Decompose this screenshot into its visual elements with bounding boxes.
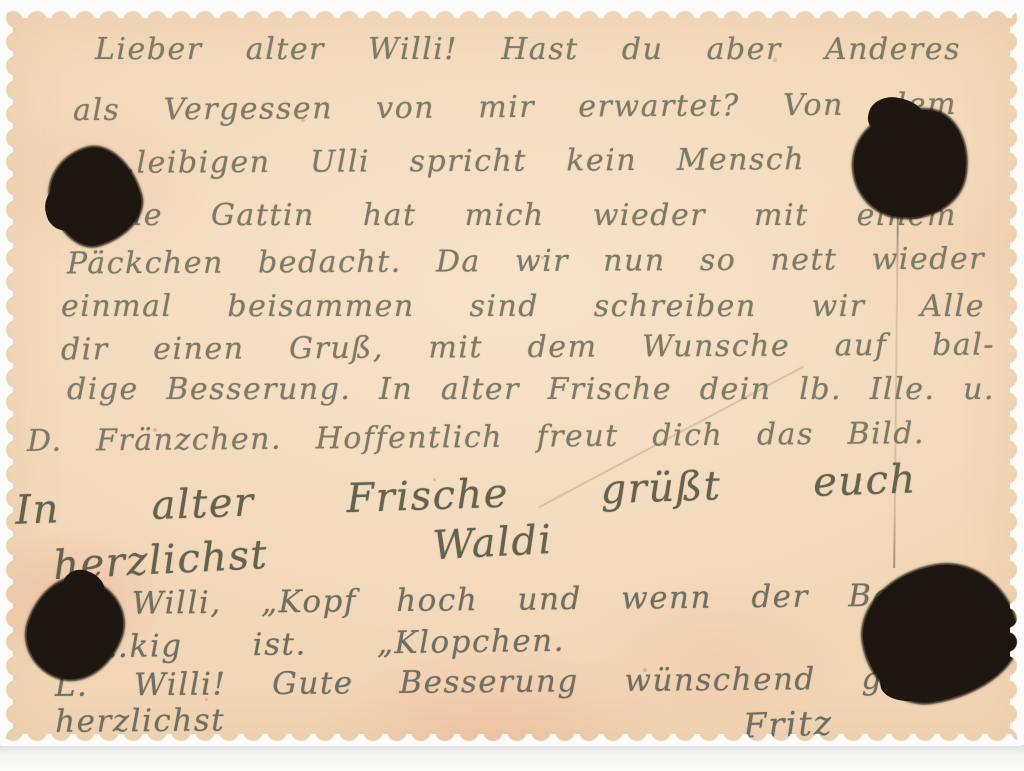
handwriting-line: dir einen Gruß, mit dem Wunsche auf bal-: [61, 328, 995, 368]
deckle-edge-left: [1, 6, 13, 746]
deckle-edge-right: [1010, 6, 1022, 746]
handwriting-line: L. Willi, „Kopf hoch und wenn der Ba…: [59, 577, 925, 622]
handwriting-line: …leibigen Ulli spricht kein Mensch: [105, 142, 805, 181]
handwriting-line: D. Fränzchen. Hoffentlich freut dich das…: [27, 416, 925, 459]
postcard-paper: Lieber alter Willi! Hast du aber Anderes…: [1, 6, 1022, 746]
handwriting-line: dige Besserung. In alter Frische dein lb…: [67, 372, 995, 407]
deckle-edge-top: [1, 6, 1022, 18]
handwriting-line: Deine Gattin hat mich wieder mit einem: [67, 198, 957, 233]
handwriting-line: Päckchen bedacht. Da wir nun so nett wie…: [67, 242, 985, 282]
handwriting-line: als Vergessen von mir erwartet? Von dem: [73, 87, 957, 128]
handwriting-line: einmal beisammen sind schreiben wir Alle: [61, 289, 985, 324]
handwriting-line: …kig ist. „Klopchen.: [97, 623, 565, 666]
scan-background-strip: [0, 745, 1024, 771]
handwriting-line: Lieber alter Willi! Hast du aber Anderes: [95, 32, 961, 67]
scanned-postcard-page: { "postcard": { "language": "German", "s…: [0, 0, 1024, 771]
deckle-edge-bottom: [1, 734, 1022, 746]
